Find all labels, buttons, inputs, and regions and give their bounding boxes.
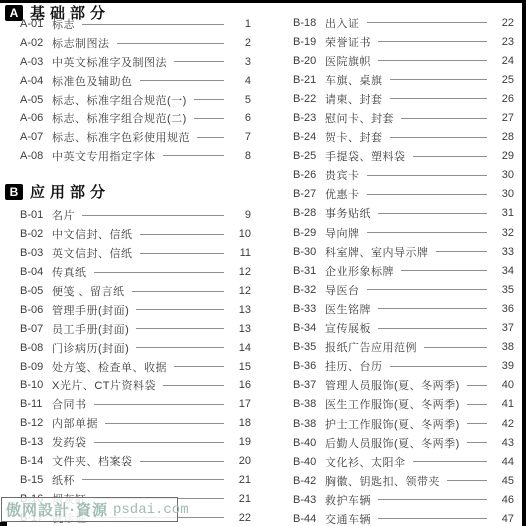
page-number: 14 [231, 342, 251, 354]
toc-item-label: 合同书 [52, 396, 87, 412]
toc-item: B-06 管理手册(封面) 13 [20, 300, 251, 319]
toc-item-code: B-06 [20, 304, 52, 316]
leader-line [378, 308, 487, 309]
toc-item-label: 手提袋、塑料袋 [325, 148, 406, 164]
toc-item: A-07 标志、标准字色彩使用规范 7 [20, 128, 251, 147]
toc-item-code: B-30 [293, 246, 325, 258]
toc-item-label: 报纸广告应用范例 [325, 339, 417, 355]
toc-item: B-25 手提袋、塑料袋 29 [293, 147, 514, 166]
page-number: 22 [494, 17, 514, 29]
toc-item-label: 后勤人员服饰(夏、冬两季) [325, 435, 460, 451]
toc-item: B-29 导向牌 32 [293, 223, 514, 242]
page-number: 12 [231, 285, 251, 297]
toc-item: A-04 标准色及辅助色 4 [20, 71, 251, 90]
toc-item: B-18 出入证 22 [293, 13, 514, 32]
toc-item: B-03 英文信封、信纸 11 [20, 244, 251, 263]
page-number: 35 [494, 284, 514, 296]
toc-item-code: B-08 [20, 342, 52, 354]
page-number: 30 [494, 169, 514, 181]
toc-item: B-19 荣誉证书 23 [293, 32, 514, 51]
toc-item-code: B-27 [293, 188, 325, 200]
toc-item-code: B-25 [293, 150, 325, 162]
page-number: 33 [494, 246, 514, 258]
toc-item: B-44 交通车辆 47 [293, 509, 514, 526]
toc-item: A-01 标志 1 [20, 15, 251, 34]
leader-line [174, 61, 224, 62]
toc-item: B-35 报纸广告应用范例 38 [293, 338, 514, 357]
toc-item-code: B-37 [293, 379, 325, 391]
toc-item-code: B-03 [20, 247, 52, 259]
toc-item-label: 传真纸 [52, 264, 87, 280]
toc-item: B-05 便笺 、留言纸 12 [20, 282, 251, 301]
leader-line [401, 270, 487, 271]
page-number: 16 [231, 379, 251, 391]
toc-item-code: B-12 [20, 417, 52, 429]
toc-item: B-20 医院旗帜 24 [293, 51, 514, 70]
toc-page: { "colors": { "ink": "#3d3d3d", "leader"… [0, 0, 526, 526]
toc-item: B-12 内部单据 18 [20, 414, 251, 433]
toc-item-code: B-29 [293, 227, 325, 239]
section-b-header: B 应用部分 [5, 181, 110, 202]
leader-line [390, 79, 488, 80]
toc-item-code: B-07 [20, 323, 52, 335]
leader-line [413, 461, 488, 462]
toc-item-code: B-38 [293, 418, 325, 430]
toc-item-code: B-10 [20, 379, 52, 391]
toc-item: B-32 导医台 35 [293, 280, 514, 299]
toc-item-code: B-32 [293, 284, 325, 296]
toc-item-code: B-35 [293, 341, 325, 353]
toc-item-code: B-42 [293, 475, 325, 487]
toc-item-label: 医生铭牌 [325, 301, 371, 317]
toc-item-code: B-02 [20, 228, 52, 240]
watermark-box: 傲网設計·資源 psdai.com [1, 497, 178, 522]
toc-item-label: 贵宾卡 [325, 167, 360, 183]
toc-item-label: 英文信封、信纸 [52, 245, 133, 261]
toc-item: B-33 医生铭牌 36 [293, 299, 514, 318]
watermark-site-url: psdai.com [113, 502, 189, 518]
toc-item: B-11 合同书 17 [20, 395, 251, 414]
toc-item-code: B-44 [293, 513, 325, 525]
page-edge-right [522, 0, 526, 526]
leader-line [94, 442, 225, 443]
toc-item: A-03 中英文标准字及制图法 3 [20, 53, 251, 72]
leader-line [140, 461, 225, 462]
page-number: 15 [231, 361, 251, 373]
page-number: 5 [231, 94, 251, 106]
toc-item: B-09 处方笺、检查单、收据 15 [20, 357, 251, 376]
page-number: 28 [494, 131, 514, 143]
toc-item-code: B-23 [293, 112, 325, 124]
toc-item-code: B-04 [20, 266, 52, 278]
toc-item-code: B-36 [293, 360, 325, 372]
toc-item-label: 标志制图法 [52, 35, 110, 51]
toc-item: B-40 文化衫、太阳伞 44 [293, 452, 514, 471]
toc-item-label: 中英文专用指定字体 [52, 148, 156, 164]
toc-item: A-05 标志、标准字组合规范(一) 5 [20, 90, 251, 109]
toc-item: B-38 医生工作服饰(夏、冬两季) 41 [293, 395, 514, 414]
page-number: 24 [494, 55, 514, 67]
page-number: 21 [231, 493, 251, 505]
toc-item-code: A-05 [20, 94, 52, 106]
leader-line [390, 98, 488, 99]
page-number: 19 [231, 436, 251, 448]
page-number: 41 [494, 398, 514, 410]
toc-item: B-34 宣传展板 37 [293, 319, 514, 338]
leader-line [390, 137, 488, 138]
page-number: 45 [494, 475, 514, 487]
leader-line [140, 80, 225, 81]
leader-line [82, 479, 224, 480]
toc-item-label: 标志 [52, 16, 75, 32]
toc-item: A-08 中英文专用指定字体 8 [20, 147, 251, 166]
leader-line [136, 309, 224, 310]
toc-item-label: 护士工作服饰(夏、冬两季) [325, 416, 460, 432]
page-number: 25 [494, 74, 514, 86]
toc-item-label: 纸杯 [52, 472, 75, 488]
page-number: 27 [494, 112, 514, 124]
leader-line [197, 137, 224, 138]
leader-line [82, 24, 224, 25]
page-number: 34 [494, 265, 514, 277]
toc-item-code: B-38 [293, 398, 325, 410]
toc-item: B-42 胸徽、钥匙扣、领带夹 45 [293, 471, 514, 490]
leader-line [136, 347, 224, 348]
leader-line [194, 118, 224, 119]
toc-item-code: B-24 [293, 131, 325, 143]
toc-item-label: 优惠卡 [325, 186, 360, 202]
watermark-site-name: 傲网設計·資源 [6, 499, 108, 520]
page-number: 43 [494, 437, 514, 449]
toc-item: B-37 管理人员服饰(夏、冬两季) 40 [293, 376, 514, 395]
leader-line [467, 442, 487, 443]
toc-item-label: 宣传展板 [325, 320, 371, 336]
leader-line [378, 41, 487, 42]
page-number: 42 [494, 418, 514, 430]
leader-line [367, 232, 488, 233]
page-number: 21 [231, 474, 251, 486]
toc-item-code: B-21 [293, 74, 325, 86]
page-number: 30 [494, 188, 514, 200]
toc-item-label: 贺卡、封套 [325, 129, 383, 145]
toc-item-code: B-40 [293, 437, 325, 449]
leader-line [140, 234, 225, 235]
toc-item-label: 科室牌、室内导示牌 [325, 244, 429, 260]
toc-item-label: 便笺 、留言纸 [52, 283, 125, 299]
page-number: 20 [231, 455, 251, 467]
page-number: 23 [494, 36, 514, 48]
leader-line [194, 99, 224, 100]
toc-item: B-36 挂历、台历 39 [293, 357, 514, 376]
leader-line [367, 175, 488, 176]
toc-item: B-26 贵宾卡 30 [293, 166, 514, 185]
toc-item-code: A-01 [20, 18, 52, 30]
toc-item: B-23 慰问卡、封套 27 [293, 108, 514, 127]
leader-line [163, 155, 225, 156]
leader-line [174, 366, 224, 367]
toc-item-code: B-31 [293, 265, 325, 277]
page-number: 2 [231, 37, 251, 49]
toc-item-label: 门诊病历(封面) [52, 340, 129, 356]
page-number: 7 [231, 131, 251, 143]
toc-item-code: B-19 [293, 36, 325, 48]
toc-item-label: 慰问卡、封套 [325, 110, 394, 126]
leader-line [117, 43, 225, 44]
leader-line [367, 289, 488, 290]
toc-item-code: A-07 [20, 131, 52, 143]
toc-item: B-30 科室牌、室内导示牌 33 [293, 242, 514, 261]
toc-item-label: 车旗、桌旗 [325, 72, 383, 88]
page-number: 22 [231, 512, 251, 524]
toc-item-label: 管理手册(封面) [52, 302, 129, 318]
toc-item-label: 文化衫、太阳伞 [325, 454, 406, 470]
toc-item-code: B-22 [293, 93, 325, 105]
page-number: 13 [231, 304, 251, 316]
toc-item-code: A-04 [20, 75, 52, 87]
toc-item-label: 管理人员服饰(夏、冬两季) [325, 377, 460, 393]
toc-item: A-02 标志制图法 2 [20, 34, 251, 53]
toc-item-label: 发药袋 [52, 434, 87, 450]
page-number: 32 [494, 227, 514, 239]
leader-line [424, 347, 487, 348]
page-number: 3 [231, 56, 251, 68]
page-number: 10 [231, 228, 251, 240]
toc-item: B-15 纸杯 21 [20, 470, 251, 489]
leader-line [413, 156, 488, 157]
leader-line [401, 118, 487, 119]
toc-item-code: A-06 [20, 112, 52, 124]
toc-item-label: 企业形象标牌 [325, 263, 394, 279]
leader-line [378, 518, 487, 519]
toc-item: B-24 贺卡、封套 28 [293, 128, 514, 147]
toc-list-b-right: B-18 出入证 22 B-19 荣誉证书 23 B-20 医院旗帜 24 B-… [293, 13, 514, 526]
toc-item-label: 文件夹、档案袋 [52, 453, 133, 469]
leader-line [132, 291, 224, 292]
leader-line [378, 213, 487, 214]
leader-line [378, 60, 487, 61]
toc-item-label: 胸徽、钥匙扣、领带夹 [325, 473, 440, 489]
toc-item-code: B-28 [293, 207, 325, 219]
leader-line [94, 404, 225, 405]
toc-item-label: 医生工作服饰(夏、冬两季) [325, 396, 460, 412]
section-b-title: 应用部分 [30, 181, 110, 202]
toc-item-label: 中文信封、信纸 [52, 226, 133, 242]
toc-item-label: 标志、标准字组合规范(二) [52, 110, 187, 126]
toc-item-code: B-14 [20, 455, 52, 467]
leader-line [378, 328, 487, 329]
page-number: 31 [494, 207, 514, 219]
page-number: 8 [231, 150, 251, 162]
leader-line [94, 272, 225, 273]
toc-item-label: 出入证 [325, 15, 360, 31]
page-number: 17 [231, 398, 251, 410]
toc-item: B-27 优惠卡 30 [293, 185, 514, 204]
toc-item-label: 事务贴纸 [325, 205, 371, 221]
toc-item-label: 请柬、封套 [325, 91, 383, 107]
toc-item-code: B-09 [20, 361, 52, 373]
toc-item-code: B-13 [20, 436, 52, 448]
page-number: 39 [494, 360, 514, 372]
page-number: 11 [231, 247, 251, 259]
toc-item: B-04 传真纸 12 [20, 263, 251, 282]
section-b-letter-badge: B [5, 184, 23, 200]
toc-item-code: B-40 [293, 456, 325, 468]
toc-item-label: 内部单据 [52, 415, 98, 431]
toc-item-label: 导向牌 [325, 225, 360, 241]
page-number: 38 [494, 341, 514, 353]
toc-item-label: 荣誉证书 [325, 34, 371, 50]
toc-item-label: 员工手册(封面) [52, 321, 129, 337]
toc-item: B-31 企业形象标牌 34 [293, 261, 514, 280]
leader-line [163, 385, 224, 386]
toc-item-code: B-05 [20, 285, 52, 297]
leader-line [367, 194, 488, 195]
toc-item: B-02 中文信封、信纸 10 [20, 225, 251, 244]
toc-item: B-14 文件夹、档案袋 20 [20, 452, 251, 471]
toc-item-code: B-11 [20, 398, 52, 410]
toc-item-code: B-26 [293, 169, 325, 181]
toc-item-label: 挂历、台历 [325, 358, 383, 374]
toc-item-code: B-01 [20, 209, 52, 221]
leader-line [82, 215, 224, 216]
toc-item: B-07 员工手册(封面) 13 [20, 319, 251, 338]
page-number: 36 [494, 303, 514, 315]
toc-item-label: 中英文标准字及制图法 [52, 54, 167, 70]
toc-item-code: A-02 [20, 37, 52, 49]
toc-item-code: A-08 [20, 150, 52, 162]
toc-item-code: B-33 [293, 303, 325, 315]
toc-item-label: 名片 [52, 207, 75, 223]
toc-item-label: 标志、标准字组合规范(一) [52, 92, 187, 108]
page-number: 9 [231, 209, 251, 221]
toc-item: B-38 护士工作服饰(夏、冬两季) 42 [293, 414, 514, 433]
page-number: 40 [494, 379, 514, 391]
toc-item-label: 标志、标准字色彩使用规范 [52, 129, 190, 145]
leader-line [105, 423, 224, 424]
toc-item: B-40 后勤人员服饰(夏、冬两季) 43 [293, 433, 514, 452]
leader-line [378, 499, 487, 500]
toc-list-b-left: B-01 名片 9 B-02 中文信封、信纸 10 B-03 英文信封、信纸 1… [20, 206, 251, 526]
toc-item: B-08 门诊病历(封面) 14 [20, 338, 251, 357]
page-edge-corner [0, 522, 7, 526]
toc-item-code: B-20 [293, 55, 325, 67]
page-number: 46 [494, 494, 514, 506]
toc-item-label: 救护车辆 [325, 492, 371, 508]
page-number: 6 [231, 112, 251, 124]
leader-line [467, 423, 487, 424]
leader-line [436, 251, 488, 252]
toc-item-label: X光片、CT片资料袋 [52, 377, 156, 393]
page-number: 1 [231, 18, 251, 30]
toc-list-a: A-01 标志 1 A-02 标志制图法 2 A-03 中英文标准字及制图法 3… [20, 15, 251, 165]
page-number: 26 [494, 93, 514, 105]
toc-item-label: 医院旗帜 [325, 53, 371, 69]
page-number: 12 [231, 266, 251, 278]
page-number: 44 [494, 456, 514, 468]
toc-item-label: 处方笺、检查单、收据 [52, 359, 167, 375]
toc-item: B-13 发药袋 19 [20, 433, 251, 452]
toc-item-code: B-18 [293, 17, 325, 29]
toc-item: B-01 名片 9 [20, 206, 251, 225]
toc-item: B-22 请柬、封套 26 [293, 89, 514, 108]
page-number: 18 [231, 417, 251, 429]
page-number: 37 [494, 322, 514, 334]
toc-item: B-10 X光片、CT片资料袋 16 [20, 376, 251, 395]
toc-item-code: B-43 [293, 494, 325, 506]
leader-line [367, 22, 488, 23]
page-number: 47 [494, 513, 514, 525]
toc-item: B-43 救护车辆 46 [293, 490, 514, 509]
toc-item: B-28 事务贴纸 31 [293, 204, 514, 223]
toc-item-label: 标准色及辅助色 [52, 73, 133, 89]
toc-item-code: B-34 [293, 322, 325, 334]
page-number: 13 [231, 323, 251, 335]
toc-item: A-06 标志、标准字组合规范(二) 6 [20, 109, 251, 128]
toc-item-label: 交通车辆 [325, 511, 371, 526]
leader-line [467, 404, 487, 405]
leader-line [136, 328, 224, 329]
leader-line [447, 480, 487, 481]
toc-item-code: B-15 [20, 474, 52, 486]
leader-line [467, 385, 487, 386]
toc-item-code: A-03 [20, 56, 52, 68]
toc-item-label: 导医台 [325, 282, 360, 298]
leader-line [390, 366, 488, 367]
leader-line [140, 253, 225, 254]
toc-item: B-21 车旗、桌旗 25 [293, 70, 514, 89]
page-number: 4 [231, 75, 251, 87]
page-number: 29 [494, 150, 514, 162]
